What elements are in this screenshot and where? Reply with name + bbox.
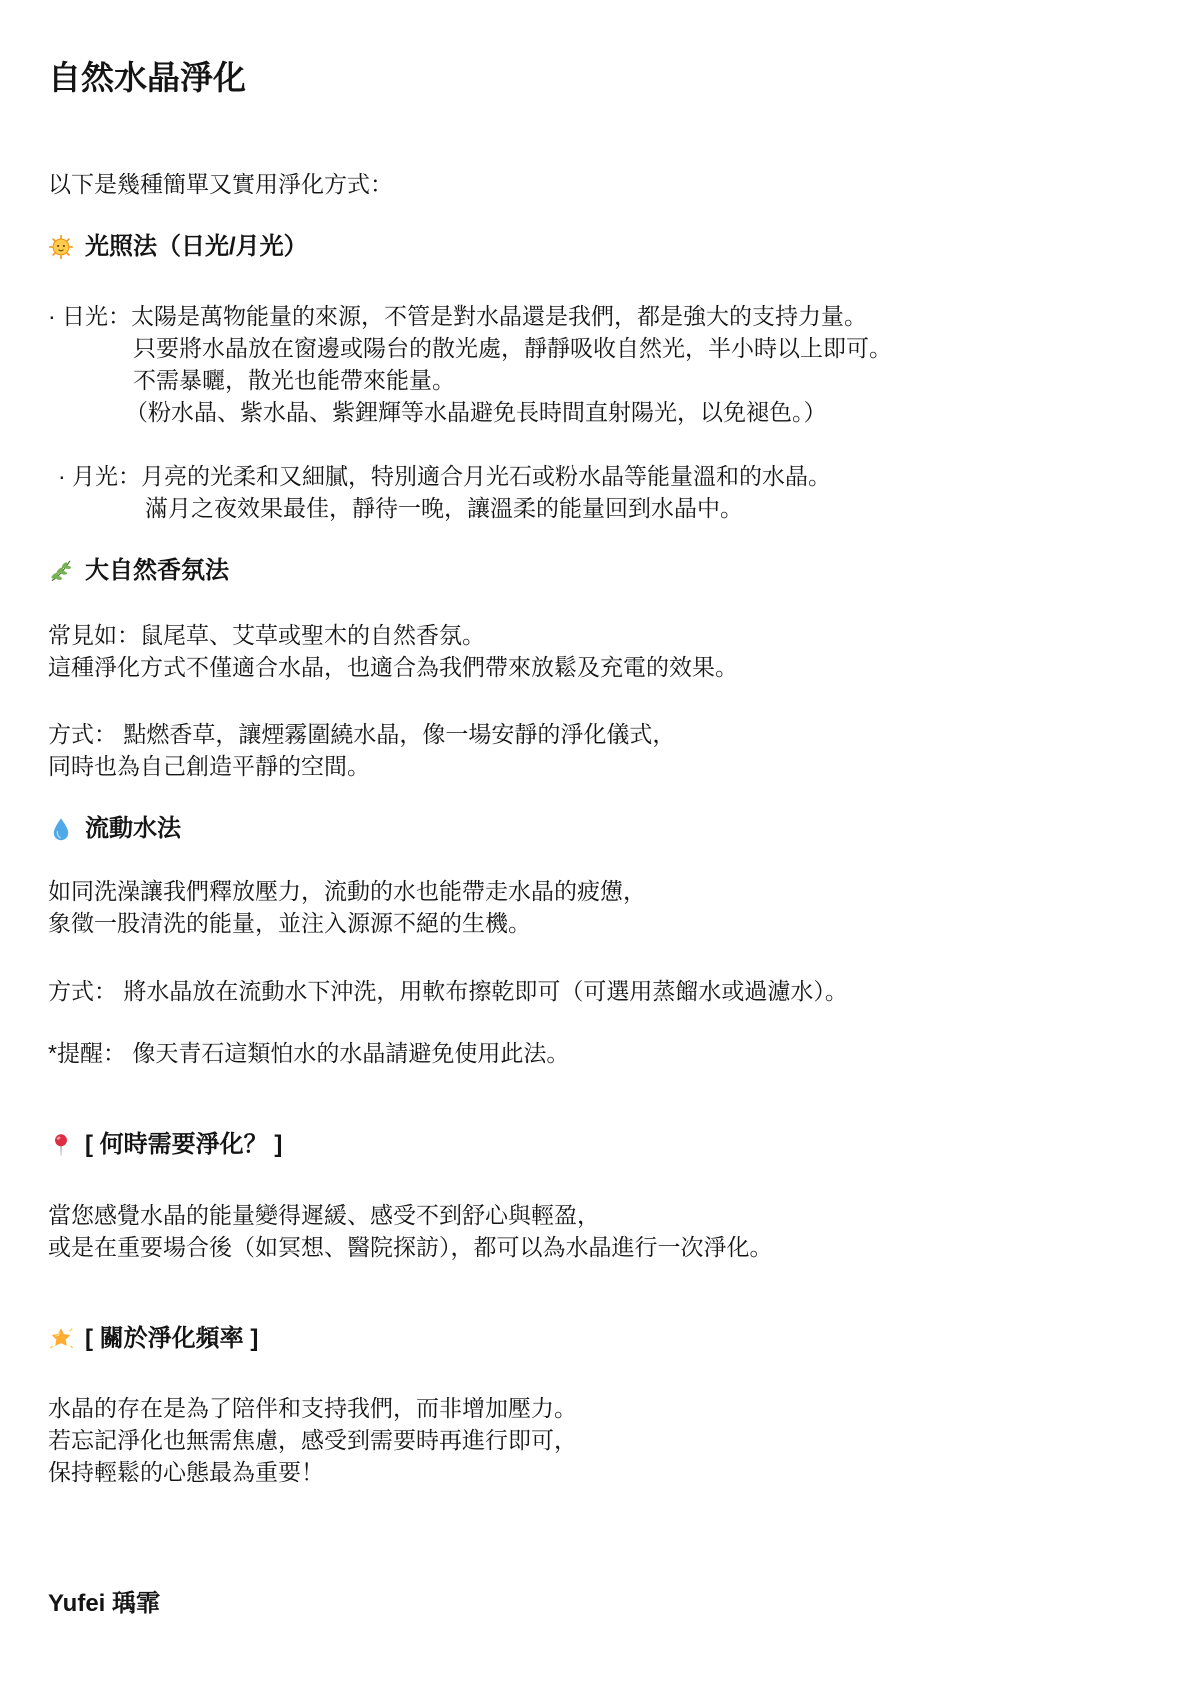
round-pushpin-icon (48, 1132, 74, 1158)
section-heading: 流動水法 (48, 813, 1140, 845)
paragraph-line: 如同洗澡讓我們釋放壓力，流動的水也能帶走水晶的疲憊， (48, 875, 1140, 907)
section-heading-label: 光照法（日光/月光） (85, 231, 308, 263)
section-heading-label: [ 何時需要淨化？ ] (85, 1129, 282, 1161)
bullet-sunlight: · 日光：太陽是萬物能量的來源，不管是對水晶還是我們，都是強大的支持力量。 只要… (48, 300, 1140, 428)
paragraph-line: 象徵一股清洗的能量，並注入源源不絕的生機。 (48, 907, 1140, 939)
paragraph-line: 這種淨化方式不僅適合水晶，也適合為我們帶來放鬆及充電的效果。 (48, 651, 1140, 683)
section-purify-frequency: [ 關於淨化頻率 ] 水晶的存在是為了陪伴和支持我們，而非增加壓力。 若忘記淨化… (48, 1323, 1140, 1488)
paragraph-line: 或是在重要場合後（如冥想、醫院探訪），都可以為水晶進行一次淨化。 (48, 1231, 1140, 1263)
paragraph: 方式： 將水晶放在流動水下沖洗，用軟布擦乾即可（可選用蒸餾水或過濾水）。 (48, 975, 1140, 1007)
herb-icon (48, 558, 74, 584)
paragraph: *提醒： 像天青石這類怕水的水晶請避免使用此法。 (48, 1037, 1140, 1069)
paragraph-line: 方式： 將水晶放在流動水下沖洗，用軟布擦乾即可（可選用蒸餾水或過濾水）。 (48, 975, 1140, 1007)
paragraph-line: 同時也為自己創造平靜的空間。 (48, 750, 1140, 782)
section-flowing-water: 流動水法 如同洗澡讓我們釋放壓力，流動的水也能帶走水晶的疲憊， 象徵一股清洗的能… (48, 813, 1140, 1069)
bullet-line: · 月光：月亮的光柔和又細膩，特別適合月光石或粉水晶等能量溫和的水晶。 (48, 460, 1140, 492)
section-heading-label: 大自然香氛法 (85, 555, 229, 587)
section-light-method: 光照法（日光/月光） · 日光：太陽是萬物能量的來源，不管是對水晶還是我們，都是… (48, 231, 1140, 524)
paragraph-line: 當您感覺水晶的能量變得遲緩、感受不到舒心與輕盈， (48, 1199, 1140, 1231)
section-heading-label: [ 關於淨化頻率 ] (85, 1323, 258, 1355)
section-heading: 光照法（日光/月光） (48, 231, 1140, 263)
section-when-to-purify: [ 何時需要淨化？ ] 當您感覺水晶的能量變得遲緩、感受不到舒心與輕盈， 或是在… (48, 1129, 1140, 1263)
continuation-line: （粉水晶、紫水晶、紫鋰輝等水晶避免長時間直射陽光，以免褪色。） (48, 396, 1140, 428)
paragraph: 如同洗澡讓我們釋放壓力，流動的水也能帶走水晶的疲憊， 象徵一股清洗的能量，並注入… (48, 875, 1140, 939)
droplet-icon (48, 816, 74, 842)
paragraph: 方式： 點燃香草，讓煙霧圍繞水晶，像一場安靜的淨化儀式， 同時也為自己創造平靜的… (48, 718, 1140, 782)
paragraph-line: 方式： 點燃香草，讓煙霧圍繞水晶，像一場安靜的淨化儀式， (48, 718, 1140, 750)
continuation-line: 只要將水晶放在窗邊或陽台的散光處，靜靜吸收自然光，半小時以上即可。 (48, 332, 1140, 364)
paragraph: 水晶的存在是為了陪伴和支持我們，而非增加壓力。 若忘記淨化也無需焦慮，感受到需要… (48, 1392, 1140, 1488)
glowing-star-icon (48, 1326, 74, 1352)
paragraph-line: 常見如：鼠尾草、艾草或聖木的自然香氛。 (48, 619, 1140, 651)
bullet-moonlight: · 月光：月亮的光柔和又細膩，特別適合月光石或粉水晶等能量溫和的水晶。 滿月之夜… (48, 460, 1140, 524)
section-heading-label: 流動水法 (85, 813, 181, 845)
continuation-line: 不需暴曬，散光也能帶來能量。 (48, 364, 1140, 396)
paragraph-line: 水晶的存在是為了陪伴和支持我們，而非增加壓力。 (48, 1392, 1140, 1424)
intro-text: 以下是幾種簡單又實用淨化方式： (48, 168, 1140, 200)
section-heading: 大自然香氛法 (48, 555, 1140, 587)
paragraph: 常見如：鼠尾草、艾草或聖木的自然香氛。 這種淨化方式不僅適合水晶，也適合為我們帶… (48, 619, 1140, 683)
section-heading: [ 關於淨化頻率 ] (48, 1323, 1140, 1355)
bullet-line: · 日光：太陽是萬物能量的來源，不管是對水晶還是我們，都是強大的支持力量。 (48, 300, 1140, 332)
reminder-line: *提醒： 像天青石這類怕水的水晶請避免使用此法。 (48, 1037, 1140, 1069)
signature: Yufei 瑀霏 (48, 1588, 1140, 1620)
paragraph: 當您感覺水晶的能量變得遲緩、感受不到舒心與輕盈， 或是在重要場合後（如冥想、醫院… (48, 1199, 1140, 1263)
continuation-line: 滿月之夜效果最佳，靜待一晚，讓溫柔的能量回到水晶中。 (48, 492, 1140, 524)
paragraph-line: 若忘記淨化也無需焦慮，感受到需要時再進行即可， (48, 1424, 1140, 1456)
section-heading: [ 何時需要淨化？ ] (48, 1129, 1140, 1161)
page-title: 自然水晶淨化 (48, 58, 1140, 98)
document: 自然水晶淨化 以下是幾種簡單又實用淨化方式： (0, 0, 1200, 1700)
sun-with-face-icon (48, 234, 74, 260)
section-nature-aroma: 大自然香氛法 常見如：鼠尾草、艾草或聖木的自然香氛。 這種淨化方式不僅適合水晶，… (48, 555, 1140, 782)
paragraph-line: 保持輕鬆的心態最為重要！ (48, 1456, 1140, 1488)
